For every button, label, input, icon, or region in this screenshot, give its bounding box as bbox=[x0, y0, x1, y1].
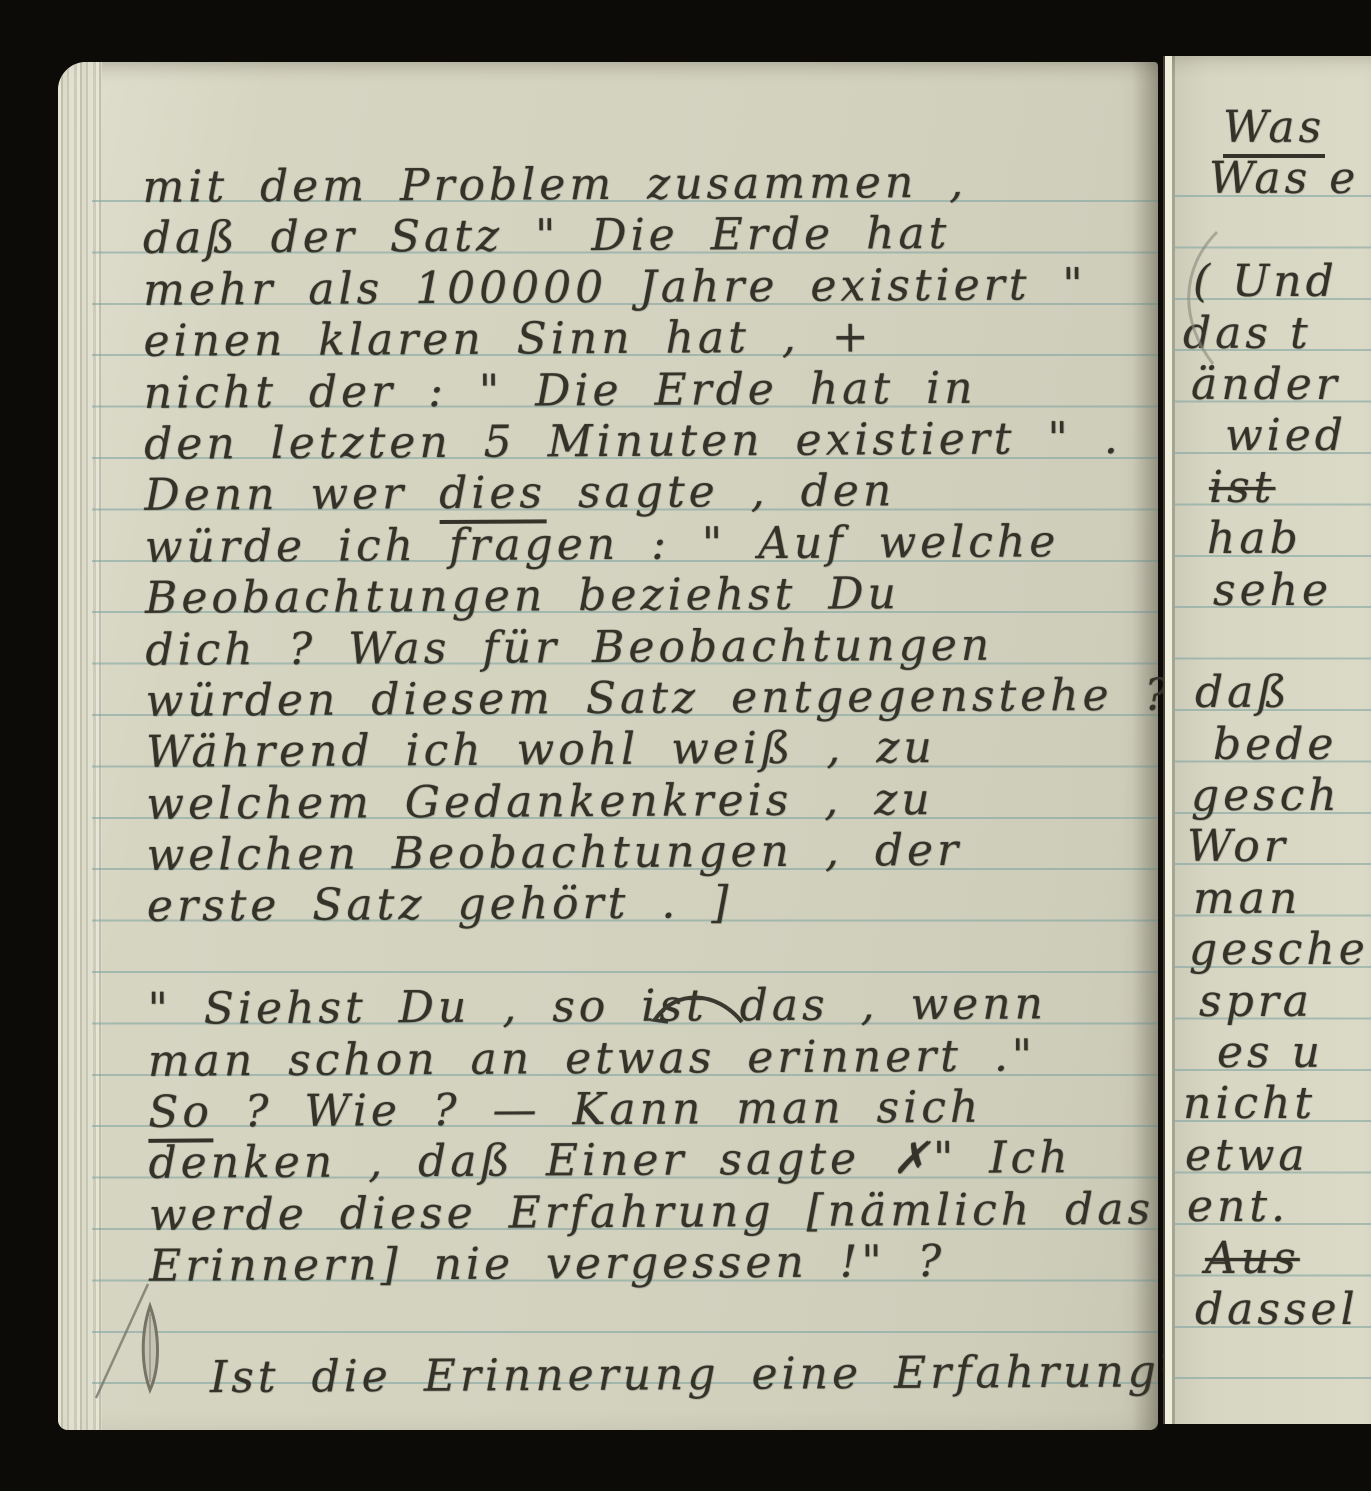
manuscript-line: ent. bbox=[1183, 1181, 1371, 1232]
manuscript-line: mehr als 100000 Jahre existiert " bbox=[143, 258, 1147, 316]
manuscript-line: Was bbox=[1183, 102, 1371, 153]
manuscript-text-segment: sagte , den bbox=[546, 466, 895, 519]
manuscript-text-segment: würden diesem Satz entgegenstehe ?" bbox=[146, 669, 1197, 726]
manuscript-text-segment: Was bbox=[1223, 102, 1325, 158]
manuscript-line: würden diesem Satz entgegenstehe ?" bbox=[146, 670, 1150, 728]
manuscript-text-segment: werde diese Erfahrung [nämlich das bbox=[149, 1183, 1155, 1240]
manuscript-line: einen klaren Sinn hat , + bbox=[143, 310, 1147, 368]
manuscript-line: " Siehst Du , so ist das , wenn bbox=[147, 978, 1151, 1036]
manuscript-text-segment: mehr als 100000 Jahre existiert " bbox=[143, 259, 1087, 316]
manuscript-text-segment: denken , daß Einer sagte ✗" Ich bbox=[148, 1133, 1071, 1190]
manuscript-line bbox=[1183, 205, 1371, 256]
manuscript-text-segment: sehe bbox=[1213, 565, 1332, 616]
manuscript-line: werde diese Erfahrung [nämlich das bbox=[149, 1183, 1153, 1241]
manuscript-text-segment: gesch bbox=[1191, 770, 1341, 821]
left-page-text: mit dem Problem zusammen ,daß der Satz "… bbox=[54, 59, 1162, 1434]
manuscript-text-segment: hab bbox=[1207, 513, 1302, 564]
manuscript-text-segment: spra bbox=[1199, 976, 1313, 1027]
manuscript-text-segment: daß bbox=[1195, 667, 1291, 718]
manuscript-line: man schon an etwas erinnert ." bbox=[148, 1029, 1152, 1087]
manuscript-text-segment: man bbox=[1193, 873, 1301, 924]
manuscript-line: So ? Wie ? — Kann man sich bbox=[148, 1081, 1152, 1139]
manuscript-text-segment: ent. bbox=[1187, 1181, 1289, 1232]
manuscript-line: gesche bbox=[1183, 924, 1371, 975]
manuscript-line: sehe bbox=[1183, 565, 1371, 616]
manuscript-text-segment: Erinnern] nie vergessen !" ? bbox=[149, 1236, 945, 1292]
manuscript-line: bede bbox=[1183, 719, 1371, 770]
manuscript-line: daß bbox=[1183, 667, 1371, 718]
manuscript-line bbox=[149, 1286, 1153, 1344]
manuscript-line: denken , daß Einer sagte ✗" Ich bbox=[148, 1132, 1152, 1190]
manuscript-line: man bbox=[1183, 873, 1371, 924]
manuscript-text-segment: Denn wer bbox=[144, 468, 439, 521]
manuscript-line: spra bbox=[1183, 976, 1371, 1027]
manuscript-line: daß der Satz " Die Erde hat bbox=[143, 207, 1147, 265]
manuscript-line bbox=[147, 927, 1151, 985]
manuscript-text-segment: man schon an etwas erinnert ." bbox=[148, 1030, 1036, 1086]
manuscript-line: nicht bbox=[1183, 1078, 1371, 1129]
manuscript-line: etwa bbox=[1183, 1130, 1371, 1181]
manuscript-line: Aus bbox=[1183, 1233, 1371, 1284]
manuscript-line: Erinnern] nie vergessen !" ? bbox=[149, 1235, 1153, 1293]
manuscript-text-segment: gesche bbox=[1189, 924, 1369, 975]
manuscript-line bbox=[1183, 616, 1371, 667]
manuscript-line: Denn wer dies sagte , den bbox=[144, 464, 1148, 522]
manuscript-text-segment: daß der Satz " Die Erde hat bbox=[143, 208, 951, 264]
manuscript-text-segment: Wor bbox=[1187, 821, 1289, 872]
manuscript-line: Beobachtungen beziehst Du bbox=[145, 567, 1149, 625]
manuscript-line: Wor bbox=[1183, 821, 1371, 872]
manuscript-line: welchen Beobachtungen , der bbox=[147, 824, 1151, 882]
manuscript-text-segment: Aus bbox=[1205, 1233, 1300, 1284]
manuscript-text-segment: Während ich wohl weiß , zu bbox=[146, 722, 936, 778]
manuscript-text-segment: den letzten 5 Minuten existiert " . bbox=[144, 413, 1122, 470]
manuscript-text-segment: wied bbox=[1225, 410, 1347, 461]
right-page: WasWas e( Unddas tänderwiedisthabsehedaß… bbox=[1163, 56, 1371, 1424]
left-page: mit dem Problem zusammen ,daß der Satz "… bbox=[58, 62, 1158, 1430]
manuscript-line: gesch bbox=[1183, 770, 1371, 821]
manuscript-text-segment: dies bbox=[439, 468, 546, 525]
manuscript-line: Ist die Erinnerung eine Erfahrung? bbox=[150, 1338, 1154, 1396]
manuscript-text-segment: Beobachtungen beziehst Du bbox=[145, 568, 900, 624]
manuscript-text-segment: " Siehst Du , so ist das , wenn bbox=[147, 979, 1047, 1035]
manuscript-text-segment: erste Satz gehört . ] bbox=[147, 878, 733, 933]
manuscript-text-segment: änder bbox=[1191, 359, 1341, 410]
manuscript-text-segment: dassel bbox=[1195, 1284, 1359, 1335]
manuscript-line: dich ? Was für Beobachtungen bbox=[145, 618, 1149, 676]
manuscript-line: erste Satz gehört . ] bbox=[147, 875, 1151, 933]
manuscript-line: Während ich wohl weiß , zu bbox=[146, 721, 1150, 779]
manuscript-line: ( Und bbox=[1183, 256, 1371, 307]
manuscript-text-segment: ist bbox=[1209, 462, 1275, 513]
manuscript-text-segment: ( Und bbox=[1193, 256, 1338, 307]
right-page-text: WasWas e( Unddas tänderwiedisthabsehedaß… bbox=[1163, 56, 1371, 1424]
manuscript-line: wied bbox=[1183, 410, 1371, 461]
manuscript-text-segment: Was e bbox=[1209, 153, 1359, 204]
manuscript-text-segment: welchem Gedankenkreis , zu bbox=[146, 774, 934, 830]
manuscript-text-segment: das t bbox=[1183, 308, 1312, 359]
manuscript-line: es u bbox=[1183, 1027, 1371, 1078]
manuscript-line: das t bbox=[1183, 308, 1371, 359]
manuscript-line: mit dem Problem zusammen , bbox=[142, 156, 1146, 214]
manuscript-line: änder bbox=[1183, 359, 1371, 410]
manuscript-line: würde ich fragen : " Auf welche bbox=[145, 515, 1149, 573]
manuscript-text-segment: würde ich fragen : " Auf welche bbox=[145, 516, 1060, 573]
manuscript-text-segment: nicht der : " Die Erde hat in bbox=[144, 362, 977, 418]
manuscript-line: Was e bbox=[1183, 153, 1371, 204]
manuscript-text-segment: einen klaren Sinn hat , + bbox=[143, 312, 872, 367]
manuscript-line: welchem Gedankenkreis , zu bbox=[146, 772, 1150, 830]
manuscript-line: dassel bbox=[1183, 1284, 1371, 1335]
manuscript-text-segment: nicht bbox=[1183, 1078, 1316, 1129]
manuscript-line: hab bbox=[1183, 513, 1371, 564]
manuscript-text-segment: es u bbox=[1217, 1027, 1324, 1078]
manuscript-text-segment: Ist die Erinnerung eine Erfahrung bbox=[210, 1346, 1160, 1403]
manuscript-text-segment: ? Wie ? — Kann man sich bbox=[213, 1082, 983, 1138]
manuscript-line: den letzten 5 Minuten existiert " . bbox=[144, 413, 1148, 471]
manuscript-text-segment: etwa bbox=[1185, 1130, 1309, 1181]
manuscript-text-segment: welchen Beobachtungen , der bbox=[147, 825, 963, 881]
manuscript-text-segment: bede bbox=[1213, 719, 1337, 770]
manuscript-line: nicht der : " Die Erde hat in bbox=[144, 361, 1148, 419]
manuscript-line: ist bbox=[1183, 462, 1371, 513]
notebook-scan: mit dem Problem zusammen ,daß der Satz "… bbox=[0, 0, 1371, 1491]
manuscript-text-segment: dich ? Was für Beobachtungen bbox=[145, 619, 993, 675]
manuscript-text-segment: mit dem Problem zusammen , bbox=[142, 157, 967, 213]
manuscript-text-segment: So bbox=[148, 1086, 213, 1142]
